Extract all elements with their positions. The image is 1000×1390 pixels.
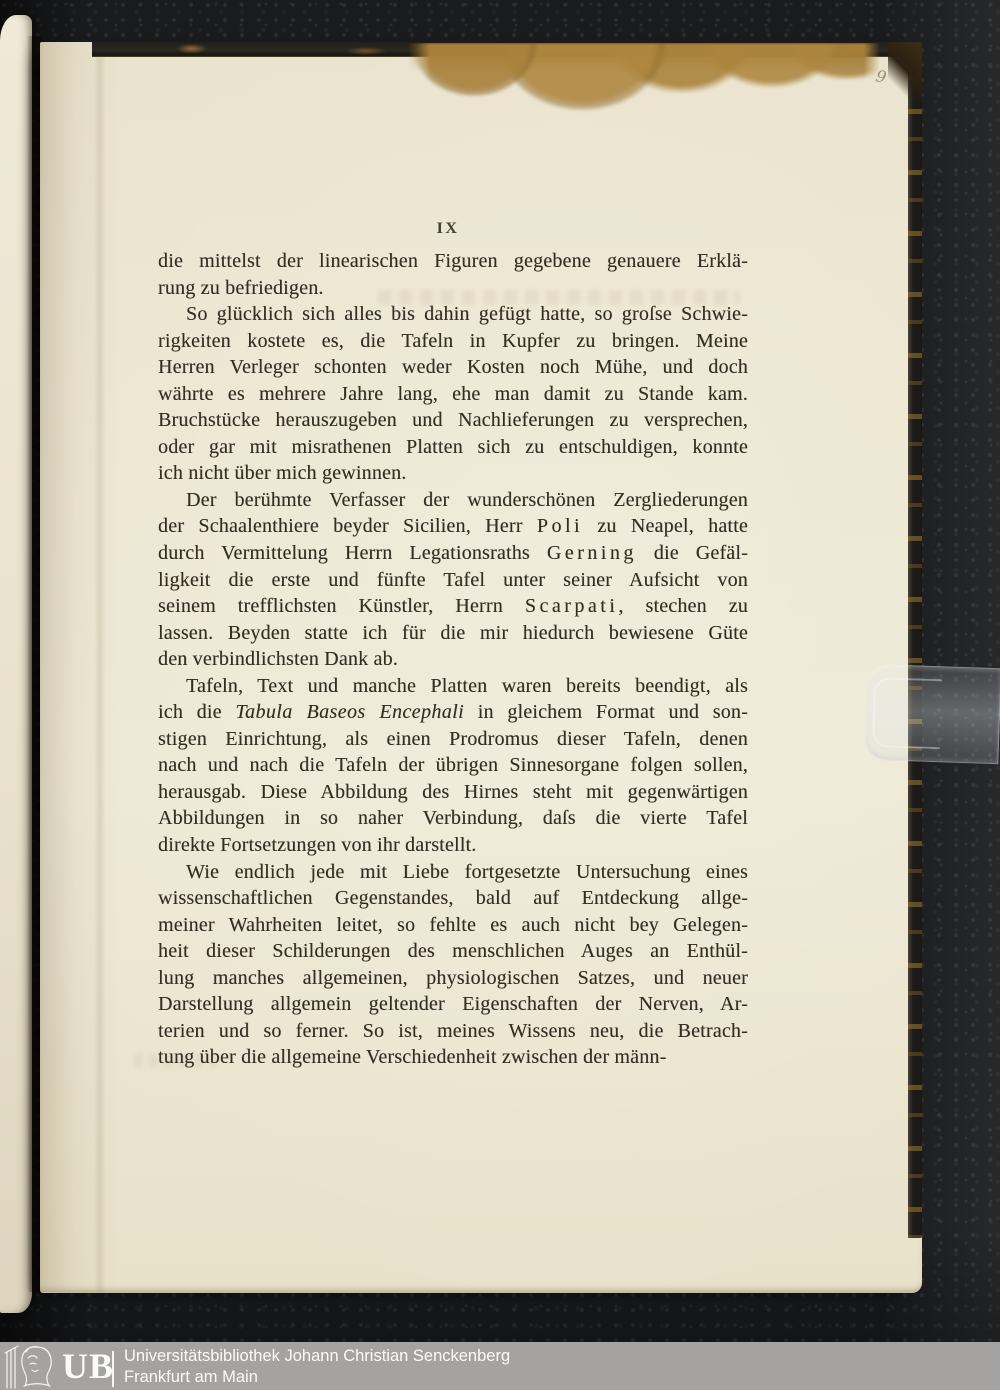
library-caption: Universitätsbibliothek Johann Christian …	[124, 1346, 510, 1387]
text-line: tung über die allgemeine Verschiedenheit…	[158, 1044, 748, 1071]
text-line: Der berühmte Verfasser der wunderschönen…	[158, 487, 748, 514]
library-city: Frankfurt am Main	[124, 1367, 510, 1388]
logo-ub-text: UB	[62, 1344, 114, 1388]
text-line: ligkeit die erste und fünfte Tafel unter…	[158, 567, 748, 594]
text-line: lassen. Beyden statte ich für die mir hi…	[158, 620, 748, 647]
scanned-book-page-view: 9 IX die mittelst der linearischen Figur…	[0, 0, 1000, 1390]
text-line: der Schaalenthiere beyder Sicilien, Herr…	[158, 513, 748, 540]
page-text-block: die mittelst der linearischen Figuren ge…	[158, 248, 748, 1071]
page-corner-bend	[888, 42, 922, 106]
logo-separator	[112, 1351, 114, 1387]
text-line: direkte Fortsetzungen von ihr darstellt.	[158, 832, 748, 859]
page-right-edge-band	[908, 48, 922, 1238]
book-page: 9 IX die mittelst der linearischen Figur…	[40, 42, 922, 1293]
text-line: nach und nach die Tafeln der übrigen Sin…	[158, 752, 748, 779]
text-line: lung manches allgemeinen, physiologische…	[158, 965, 748, 992]
text-line: ich nicht über mich gewinnen.	[158, 460, 748, 487]
text-line: durch Vermittelung Herrn Legationsraths …	[158, 540, 748, 567]
handwritten-page-number: 9	[874, 66, 888, 87]
text-line: stigen Einrichtung, als einen Prodromus …	[158, 726, 748, 753]
water-stain	[408, 43, 880, 157]
text-line: meiner Wahrheiten leitet, so fehlte es a…	[158, 912, 748, 939]
text-line: oder gar mit misrathenen Platten sich zu…	[158, 434, 748, 461]
text-line: Tafeln, Text und manche Platten waren be…	[158, 673, 748, 700]
text-line: Abbildungen in so naher Verbindung, daſs…	[158, 805, 748, 832]
footer-banner: UB Universitätsbibliothek Johann Christi…	[0, 1342, 1000, 1390]
text-line: wissenschaftlichen Gegenstandes, bald au…	[158, 885, 748, 912]
text-line: rigkeiten kostete es, die Tafeln in Kupf…	[158, 328, 748, 355]
text-line: So glücklich sich alles bis dahin gefügt…	[158, 301, 748, 328]
text-line: den verbindlichsten Dank ab.	[158, 646, 748, 673]
page-holder-clip	[864, 664, 1000, 765]
text-line: terien und so ferner. So ist, meines Wis…	[158, 1018, 748, 1045]
text-line: herausgab. Diese Abbildung des Hirnes st…	[158, 779, 748, 806]
text-line: rung zu befriedigen.	[158, 275, 748, 302]
text-line: seinem trefflichsten Künstler, Herrn Sca…	[158, 593, 748, 620]
library-name: Universitätsbibliothek Johann Christian …	[124, 1346, 510, 1367]
text-line: heit dieser Schilderungen des menschlich…	[158, 938, 748, 965]
text-line: die mittelst der linearischen Figuren ge…	[158, 248, 748, 275]
text-line: Darstellung allgemein geltender Eigensch…	[158, 991, 748, 1018]
page-number-roman: IX	[152, 220, 744, 238]
text-line: Wie endlich jede mit Liebe fortgesetzte …	[158, 859, 748, 886]
page-crease	[94, 42, 106, 1292]
text-line: Bruchstücke herauszugeben und Nachliefer…	[158, 407, 748, 434]
text-line: währte es mehrere Jahre lang, ehe man da…	[158, 381, 748, 408]
library-logo-portrait-icon	[4, 1343, 64, 1389]
text-line: Herren Verleger schonten weder Kosten no…	[158, 354, 748, 381]
text-line: ich die Tabula Baseos Encephali in gleic…	[158, 699, 748, 726]
